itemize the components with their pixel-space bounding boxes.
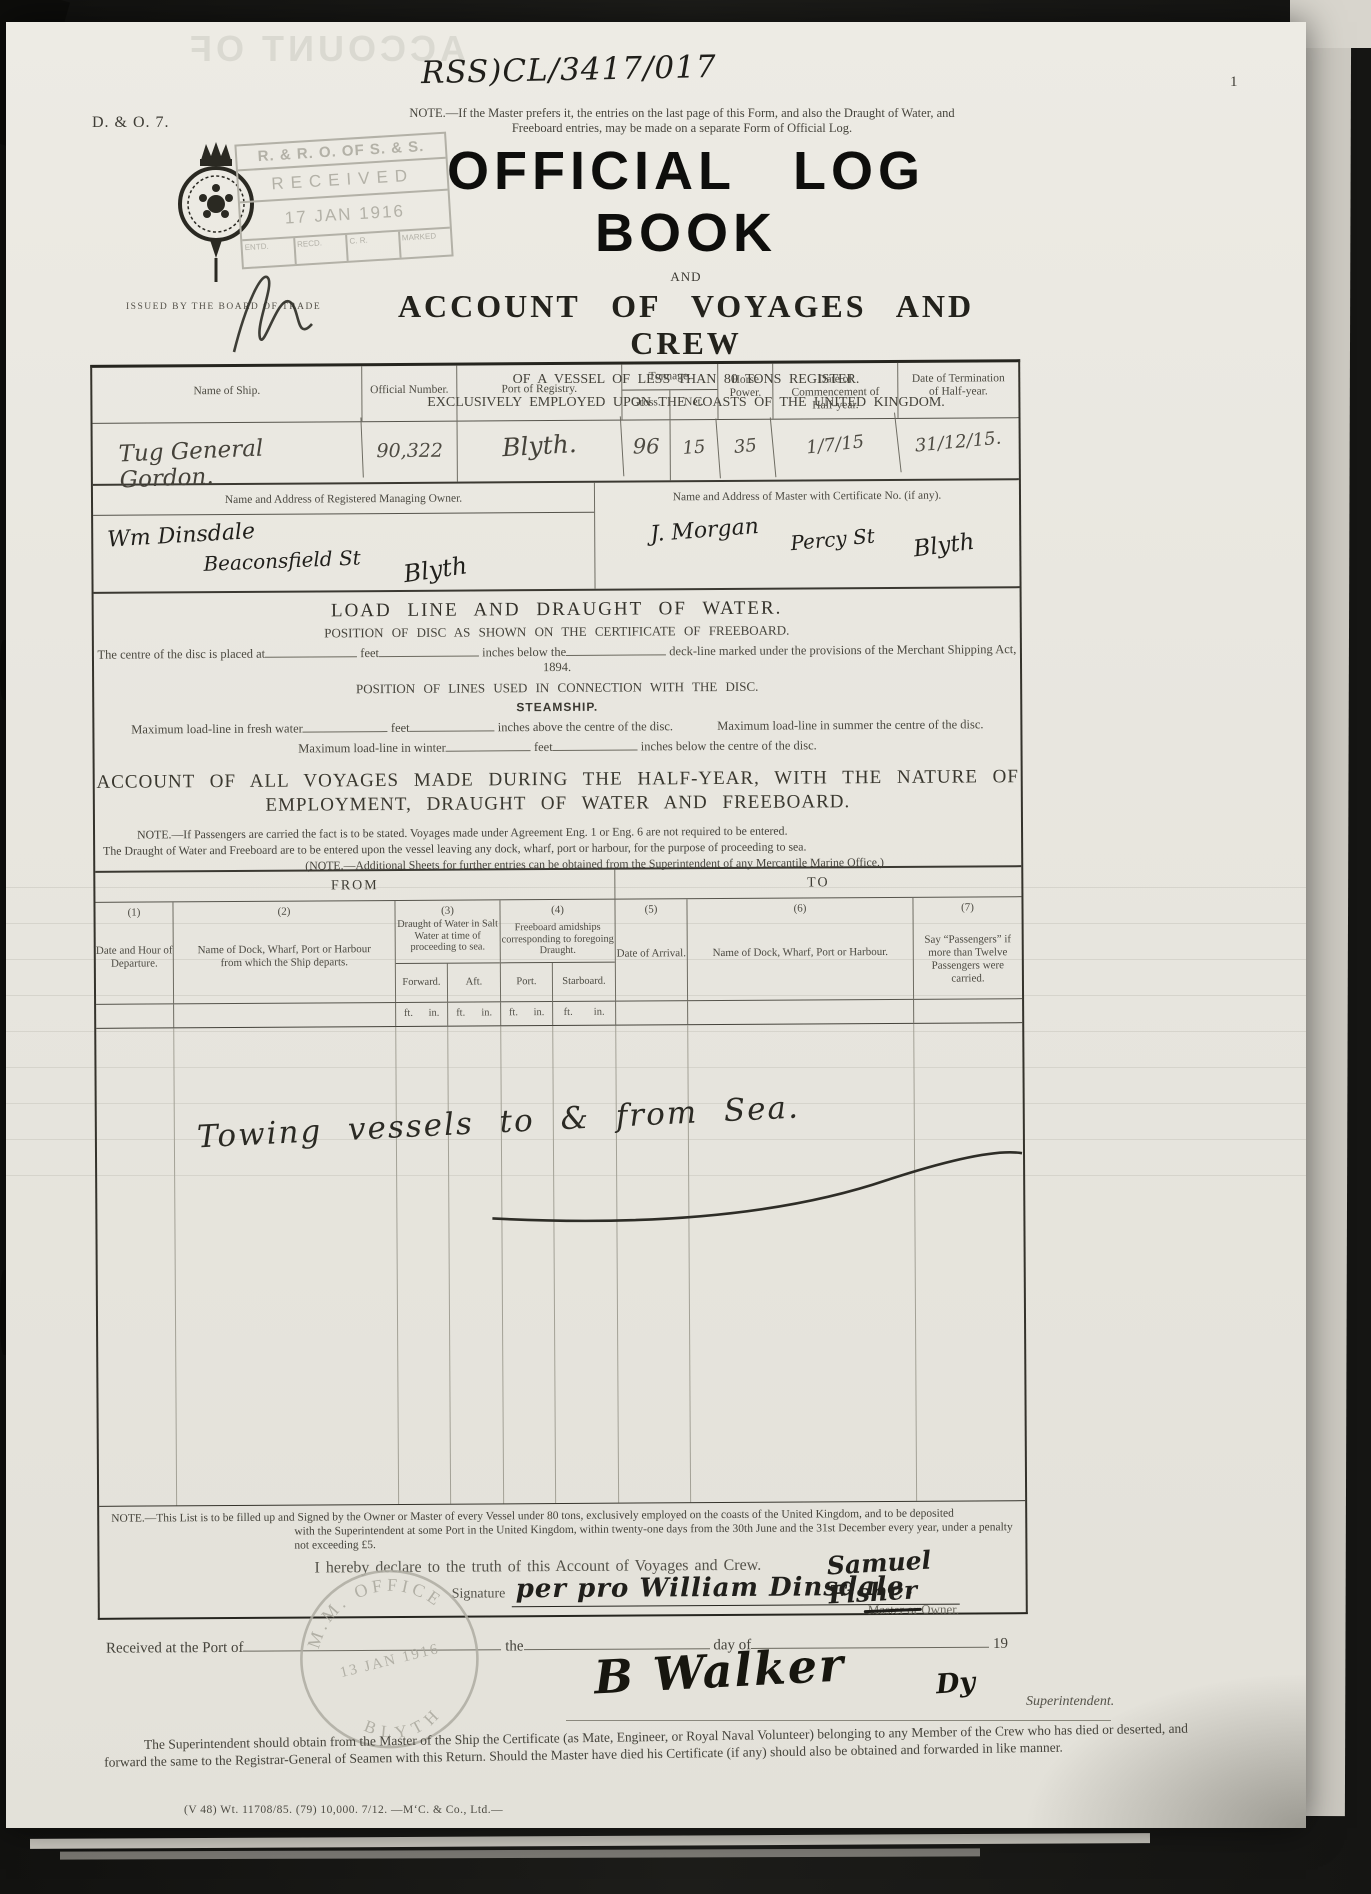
master-header: Name and Address of Master with Certific… bbox=[595, 480, 1019, 504]
col2-header: (2) Name of Dock, Wharf, Port or Harbour… bbox=[173, 901, 396, 1003]
load-line-heading: LOAD LINE AND DRAUGHT OF WATER. bbox=[94, 596, 1020, 624]
fresh-water-line: Maximum load-line in fresh water feet in… bbox=[94, 716, 1020, 738]
col6-label: Name of Dock, Wharf, Port or Harbour. bbox=[688, 946, 913, 960]
declaration-section: NOTE.—This List is to be filled up and S… bbox=[99, 1500, 1026, 1618]
superintendent-underline bbox=[566, 1720, 1111, 1721]
fresh-text: inches above the centre of the disc. bbox=[498, 719, 673, 734]
blank-line bbox=[303, 720, 388, 732]
fresh-text: Maximum load-line in summer the centre o… bbox=[717, 717, 983, 733]
aft-subheader: Aft. bbox=[448, 963, 500, 1002]
voyages-heading-line1: ACCOUNT OF ALL VOYAGES MADE DURING THE H… bbox=[95, 766, 1021, 794]
from-group-header: FROM bbox=[95, 870, 615, 902]
blank-line bbox=[446, 739, 531, 751]
starboard-units: ft.in. bbox=[553, 1002, 616, 1025]
official-number-header: Official Number. bbox=[362, 366, 457, 422]
tonnage-header-group: Tonnage. Gross. Net. bbox=[622, 364, 718, 420]
round-stamp-date-text: 13 JAN 1916 bbox=[338, 1641, 441, 1681]
ft-unit: ft. bbox=[404, 1008, 413, 1026]
horse-power-value: 35 bbox=[716, 417, 776, 482]
blank-line bbox=[410, 719, 495, 731]
ship-table-values: Tug General Gordon. 90,322 Blyth. 96 15 … bbox=[93, 418, 1019, 486]
gross-header: Gross. bbox=[622, 390, 670, 419]
managing-owner-cell: Name and Address of Registered Managing … bbox=[93, 483, 596, 592]
top-note-line1: NOTE.—If the Master prefers it, the entr… bbox=[336, 106, 1028, 121]
managing-owner-header: Name and Address of Registered Managing … bbox=[93, 483, 594, 507]
col7-header: (7) Say “Passengers” if more than Twelve… bbox=[913, 897, 1022, 999]
port-units: ft.in. bbox=[501, 1002, 553, 1025]
col7-label: Say “Passengers” if more than Twelve Pas… bbox=[914, 933, 1022, 986]
official-number-value: 90,322 bbox=[363, 422, 458, 483]
termination-value: 31/12/15. bbox=[896, 413, 1021, 484]
samuel-fisher-signature-handwriting: Samuel Fisher bbox=[826, 1540, 1027, 1609]
voyage-table: FROM TO (1) Date and Hour of Departure. … bbox=[95, 865, 1025, 1506]
received-at-port-line: Received at the Port of the day of 19 bbox=[106, 1634, 1008, 1658]
col1-number: (1) bbox=[95, 906, 172, 918]
in-unit: in. bbox=[534, 1007, 545, 1025]
steamship-label: STEAMSHIP. bbox=[94, 697, 1020, 717]
to-group-header: TO bbox=[615, 867, 1021, 898]
winter-text: inches below the centre of the disc. bbox=[641, 738, 817, 753]
load-line-sub1: POSITION OF DISC AS SHOWN ON THE CERTIFI… bbox=[94, 621, 1020, 643]
in-unit: in. bbox=[429, 1008, 440, 1026]
owner-name-handwriting: Wm Dinsdale bbox=[107, 519, 256, 553]
owner-text: Owner. bbox=[921, 1602, 959, 1617]
bleed-through-text: ACCOUNT OF bbox=[106, 28, 466, 70]
tonnage-header: Tonnage. bbox=[622, 364, 717, 391]
owner-street-handwriting: Beaconsfield St bbox=[203, 545, 361, 575]
form-body-box: Name of Ship. Official Number. Port of R… bbox=[90, 359, 1028, 1620]
termination-header: Date of Termination of Half-year. bbox=[898, 362, 1018, 418]
document-page: ACCOUNT OF RSS)CL/3417/017 1 D. & O. 7. … bbox=[6, 22, 1306, 1828]
archive-reference-handwriting: RSS)CL/3417/017 bbox=[421, 49, 717, 91]
master-town-handwriting: Blyth bbox=[912, 529, 976, 563]
in-unit: in. bbox=[594, 1007, 605, 1025]
net-header: Net. bbox=[670, 390, 717, 419]
fresh-text: Maximum load-line in fresh water bbox=[131, 721, 303, 736]
col3-label: Draught of Water in Salt Water at time o… bbox=[396, 918, 500, 953]
title-and: AND bbox=[336, 269, 1036, 285]
commencement-value: 1/7/15 bbox=[771, 413, 902, 486]
ship-name-value: Tug General Gordon. bbox=[92, 418, 364, 489]
forward-units: ft.in. bbox=[396, 1003, 448, 1026]
page-number: 1 bbox=[1230, 74, 1238, 91]
scanned-document-scene: ACCOUNT OF RSS)CL/3417/017 1 D. & O. 7. … bbox=[0, 0, 1371, 1894]
col1-label: Date and Hour of Departure. bbox=[96, 944, 173, 970]
starboard-subheader: Starboard. bbox=[553, 963, 615, 1002]
col4-number: (4) bbox=[500, 904, 614, 917]
form-code: D. & O. 7. bbox=[92, 114, 170, 132]
col6-header: (6) Name of Dock, Wharf, Port or Harbour… bbox=[687, 898, 914, 1000]
ft-unit: ft. bbox=[564, 1007, 573, 1025]
master-or-owner-label: Master or Owner. bbox=[868, 1602, 959, 1619]
superintendent-dy-handwriting: Dy bbox=[935, 1667, 976, 1701]
winter-text: Maximum load-line in winter bbox=[298, 740, 446, 755]
printers-imprint: (V 48) Wt. 11708/85. (79) 10,000. 7/12. … bbox=[184, 1804, 503, 1816]
the-label: the bbox=[505, 1638, 523, 1654]
load-line-sub2: POSITION OF LINES USED IN CONNECTION WIT… bbox=[94, 677, 1020, 699]
load-line-centre-line: The centre of the disc is placed at feet… bbox=[94, 641, 1020, 678]
col6-number: (6) bbox=[687, 902, 912, 915]
col2-label: Name of Dock, Wharf, Port or Harbour fro… bbox=[174, 943, 395, 970]
centre-text: feet bbox=[360, 646, 379, 660]
voyage-table-body: Towing vessels to & from Sea. bbox=[96, 1023, 1025, 1506]
port-of-registry-value: Blyth. bbox=[456, 416, 624, 486]
blank-line bbox=[553, 738, 638, 750]
master-name-handwriting: J. Morgan bbox=[649, 514, 759, 547]
commencement-header: Date of Commencement of Half-year. bbox=[773, 363, 898, 419]
port-subheader: Port. bbox=[501, 963, 553, 1002]
received-label: Received at the Port of bbox=[106, 1640, 244, 1657]
footer-note-line3: not exceeding £5. bbox=[294, 1539, 376, 1551]
blank-line bbox=[566, 643, 666, 655]
col1-header: (1) Date and Hour of Departure. bbox=[95, 902, 174, 1003]
owner-town-handwriting: Blyth bbox=[402, 551, 469, 588]
master-cell: Name and Address of Master with Certific… bbox=[595, 480, 1020, 589]
gross-tonnage-value: 96 bbox=[623, 420, 671, 480]
year-label: 19 bbox=[993, 1636, 1008, 1652]
forward-subheader: Forward. bbox=[396, 964, 448, 1003]
col3-header: (3) Draught of Water in Salt Water at ti… bbox=[395, 900, 501, 1002]
master-street-handwriting: Percy St bbox=[789, 523, 875, 555]
col4-label: Freeboard amidships corresponding to for… bbox=[501, 922, 615, 957]
port-of-registry-header: Port of Registry. bbox=[457, 365, 622, 421]
col5-header: (5) Date of Arrival. bbox=[615, 899, 688, 1000]
superintendent-label: Superintendent. bbox=[1026, 1694, 1114, 1710]
blank-line bbox=[379, 644, 479, 656]
horse-power-header: Horse Power. bbox=[718, 364, 773, 419]
col3-number: (3) bbox=[395, 904, 499, 917]
centre-text: The centre of the disc is placed at bbox=[97, 647, 265, 662]
winter-text: feet bbox=[534, 740, 553, 754]
aft-units: ft.in. bbox=[448, 1002, 501, 1025]
net-tonnage-value: 15 bbox=[669, 418, 721, 481]
bottom-stacked-sheet bbox=[60, 1848, 980, 1859]
col2-number: (2) bbox=[173, 905, 394, 918]
col5-label: Date of Arrival. bbox=[616, 947, 687, 960]
ft-unit: ft. bbox=[456, 1008, 465, 1026]
winter-line: Maximum load-line in winter feet inches … bbox=[94, 736, 1020, 758]
col4-header: (4) Freeboard amidships corresponding to… bbox=[500, 900, 616, 1002]
ship-name-header: Name of Ship. bbox=[92, 366, 362, 423]
load-line-section: LOAD LINE AND DRAUGHT OF WATER. POSITION… bbox=[94, 588, 1022, 871]
main-title: OFFICIAL LOG BOOK bbox=[336, 140, 1036, 264]
bottom-stacked-sheet bbox=[30, 1833, 1150, 1849]
in-unit: in. bbox=[481, 1007, 492, 1025]
col7-number: (7) bbox=[913, 901, 1021, 914]
ink-signature-scribble bbox=[216, 264, 326, 364]
voyages-heading-line2: EMPLOYMENT, DRAUGHT OF WATER AND FREEBOA… bbox=[95, 790, 1021, 818]
title-account: ACCOUNT OF VOYAGES AND CREW bbox=[336, 288, 1036, 362]
master-or-struck: Master or bbox=[868, 1602, 918, 1618]
blank-line bbox=[265, 645, 357, 657]
owner-master-section: Name and Address of Registered Managing … bbox=[93, 480, 1020, 594]
pen-flourish bbox=[487, 1133, 1028, 1231]
ft-unit: ft. bbox=[509, 1007, 518, 1025]
fresh-text: feet bbox=[391, 721, 410, 735]
centre-text: inches below the bbox=[482, 645, 566, 660]
received-stamp-cell: ENTD. bbox=[242, 238, 296, 267]
footer-note-line2: with the Superintendent at some Port in … bbox=[294, 1521, 1012, 1537]
col5-number: (5) bbox=[615, 903, 686, 915]
